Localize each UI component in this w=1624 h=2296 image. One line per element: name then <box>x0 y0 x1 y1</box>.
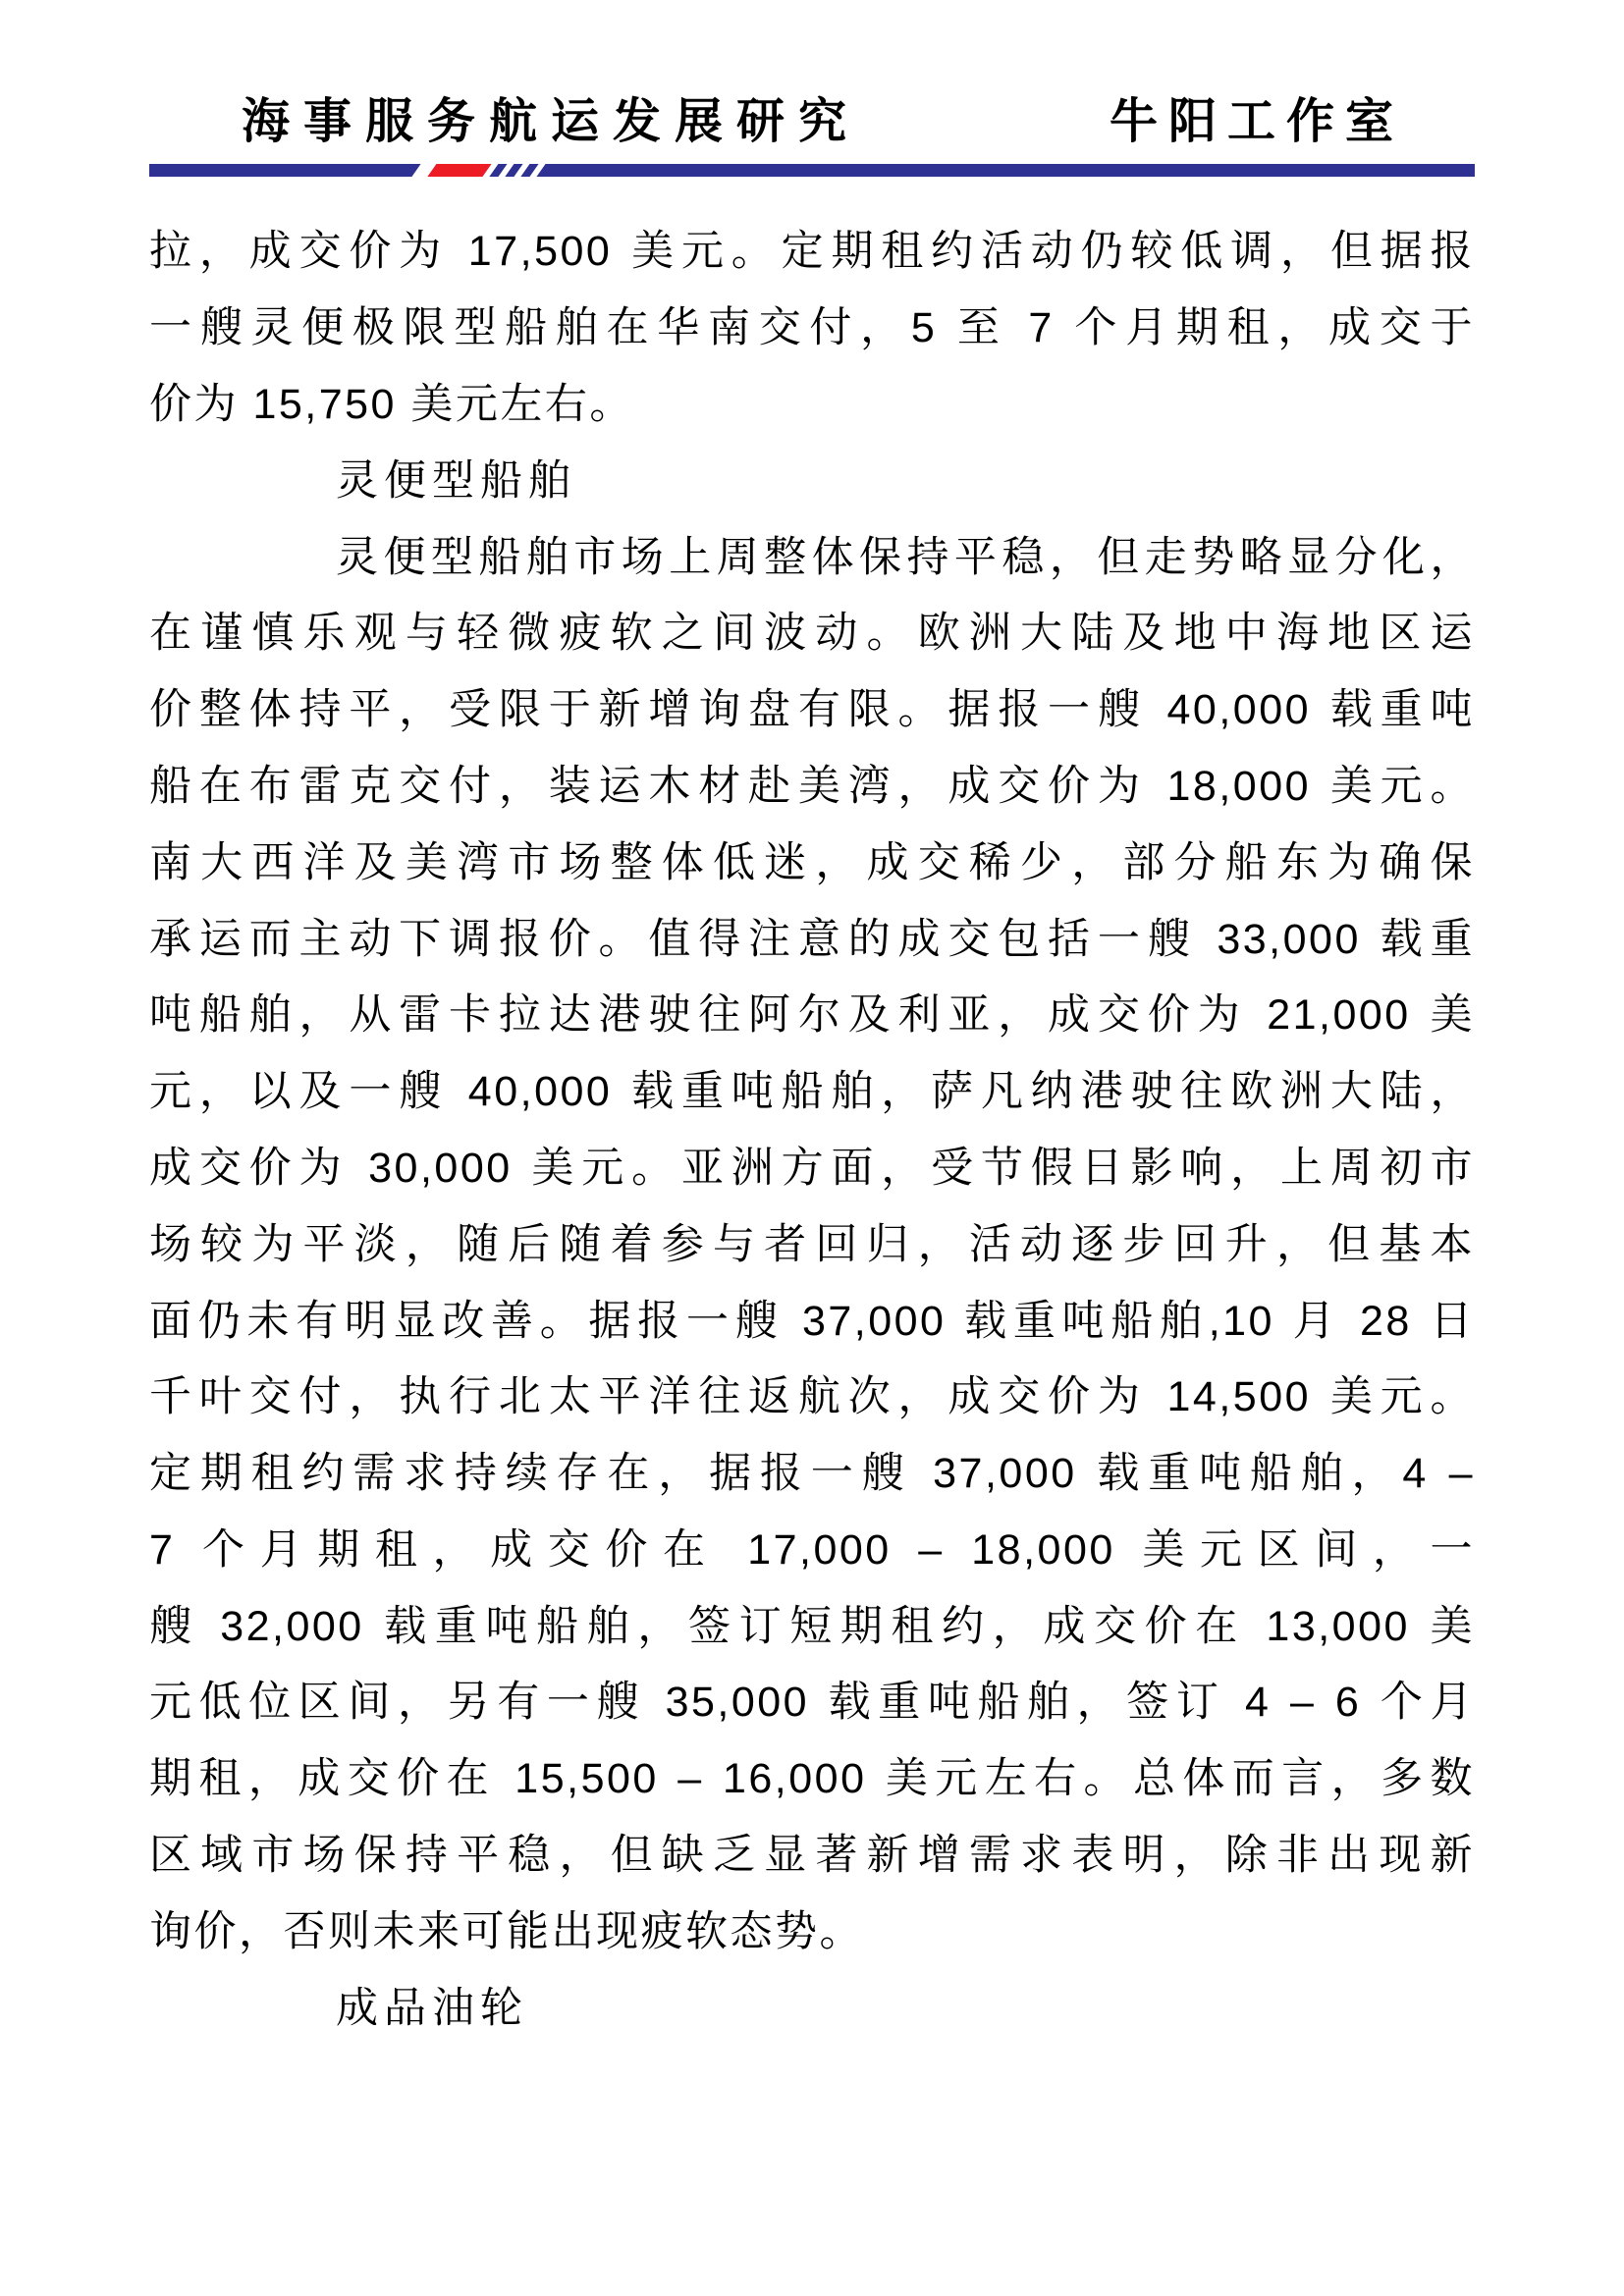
section-heading: 成品油轮 <box>149 1971 1475 2048</box>
header-title-row: 海事服务航运发展研究 牛阳工作室 <box>0 0 1624 149</box>
text-line: 成交价为 30,000 美元。亚洲方面，受节假日影响，上周初市 <box>149 1131 1475 1207</box>
text-line: 面仍未有明显改善。据报一艘 37,000 载重吨船舶,10 月 28 日 <box>149 1284 1475 1361</box>
text-line: 千叶交付，执行北太平洋往返航次，成交价为 14,500 美元。 <box>149 1360 1475 1436</box>
text-line: 灵便型船舶市场上周整体保持平稳，但走势略显分化， <box>149 520 1475 597</box>
text-line: 吨船舶，从雷卡拉达港驶往阿尔及利亚，成交价为 21,000 美 <box>149 978 1475 1054</box>
text-line: 期租，成交价在 15,500 – 16,000 美元左右。总体而言，多数 <box>149 1741 1475 1818</box>
text-line: 船在布雷克交付，装运木材赴美湾，成交价为 18,000 美元。 <box>149 749 1475 826</box>
header-rule <box>149 164 1475 177</box>
header-title-right: 牛阳工作室 <box>1110 94 1404 149</box>
text-line: 一艘灵便极限型船舶在华南交付，5 至 7 个月期租，成交于 <box>149 291 1475 367</box>
text-line: 承运而主动下调报价。值得注意的成交包括一艘 33,000 载重 <box>149 902 1475 979</box>
document-body: 拉，成交价为 17,500 美元。定期租约活动仍较低调，但据报一艘灵便极限型船舶… <box>149 214 1475 2047</box>
text-line: 价整体持平，受限于新增询盘有限。据报一艘 40,000 载重吨 <box>149 672 1475 749</box>
text-line: 拉，成交价为 17,500 美元。定期租约活动仍较低调，但据报 <box>149 214 1475 291</box>
section-heading: 灵便型船舶 <box>149 444 1475 520</box>
header-rule-accent <box>416 164 541 177</box>
text-line: 定期租约需求持续存在，据报一艘 37,000 载重吨船舶，4 – <box>149 1436 1475 1513</box>
text-line: 南大西洋及美湾市场整体低迷，成交稀少，部分船东为确保 <box>149 826 1475 902</box>
accent-red-parallelogram <box>427 164 491 177</box>
text-line: 7 个月期租，成交价在 17,000 – 18,000 美元区间，一 <box>149 1513 1475 1589</box>
page-header: 海事服务航运发展研究 牛阳工作室 <box>0 0 1624 177</box>
paragraph-list: 拉，成交价为 17,500 美元。定期租约活动仍较低调，但据报一艘灵便极限型船舶… <box>149 214 1475 2047</box>
document-page: 海事服务航运发展研究 牛阳工作室 拉，成交价为 17,500 美元。定期租约活动… <box>0 0 1624 2296</box>
header-title-left: 海事服务航运发展研究 <box>242 94 860 149</box>
text-line: 价为 15,750 美元左右。 <box>149 367 1475 444</box>
text-line: 询价，否则未来可能出现疲软态势。 <box>149 1895 1475 1971</box>
text-line: 艘 32,000 载重吨船舶，签订短期租约，成交价在 13,000 美 <box>149 1589 1475 1666</box>
text-line: 区域市场保持平稳，但缺乏显著新增需求表明，除非出现新 <box>149 1818 1475 1895</box>
text-line: 在谨慎乐观与轻微疲软之间波动。欧洲大陆及地中海地区运 <box>149 596 1475 672</box>
text-line: 场较为平淡，随后随着参与者回归，活动逐步回升，但基本 <box>149 1207 1475 1284</box>
text-line: 元，以及一艘 40,000 载重吨船舶，萨凡纳港驶往欧洲大陆， <box>149 1054 1475 1131</box>
text-line: 元低位区间，另有一艘 35,000 载重吨船舶，签订 4 – 6 个月 <box>149 1665 1475 1741</box>
